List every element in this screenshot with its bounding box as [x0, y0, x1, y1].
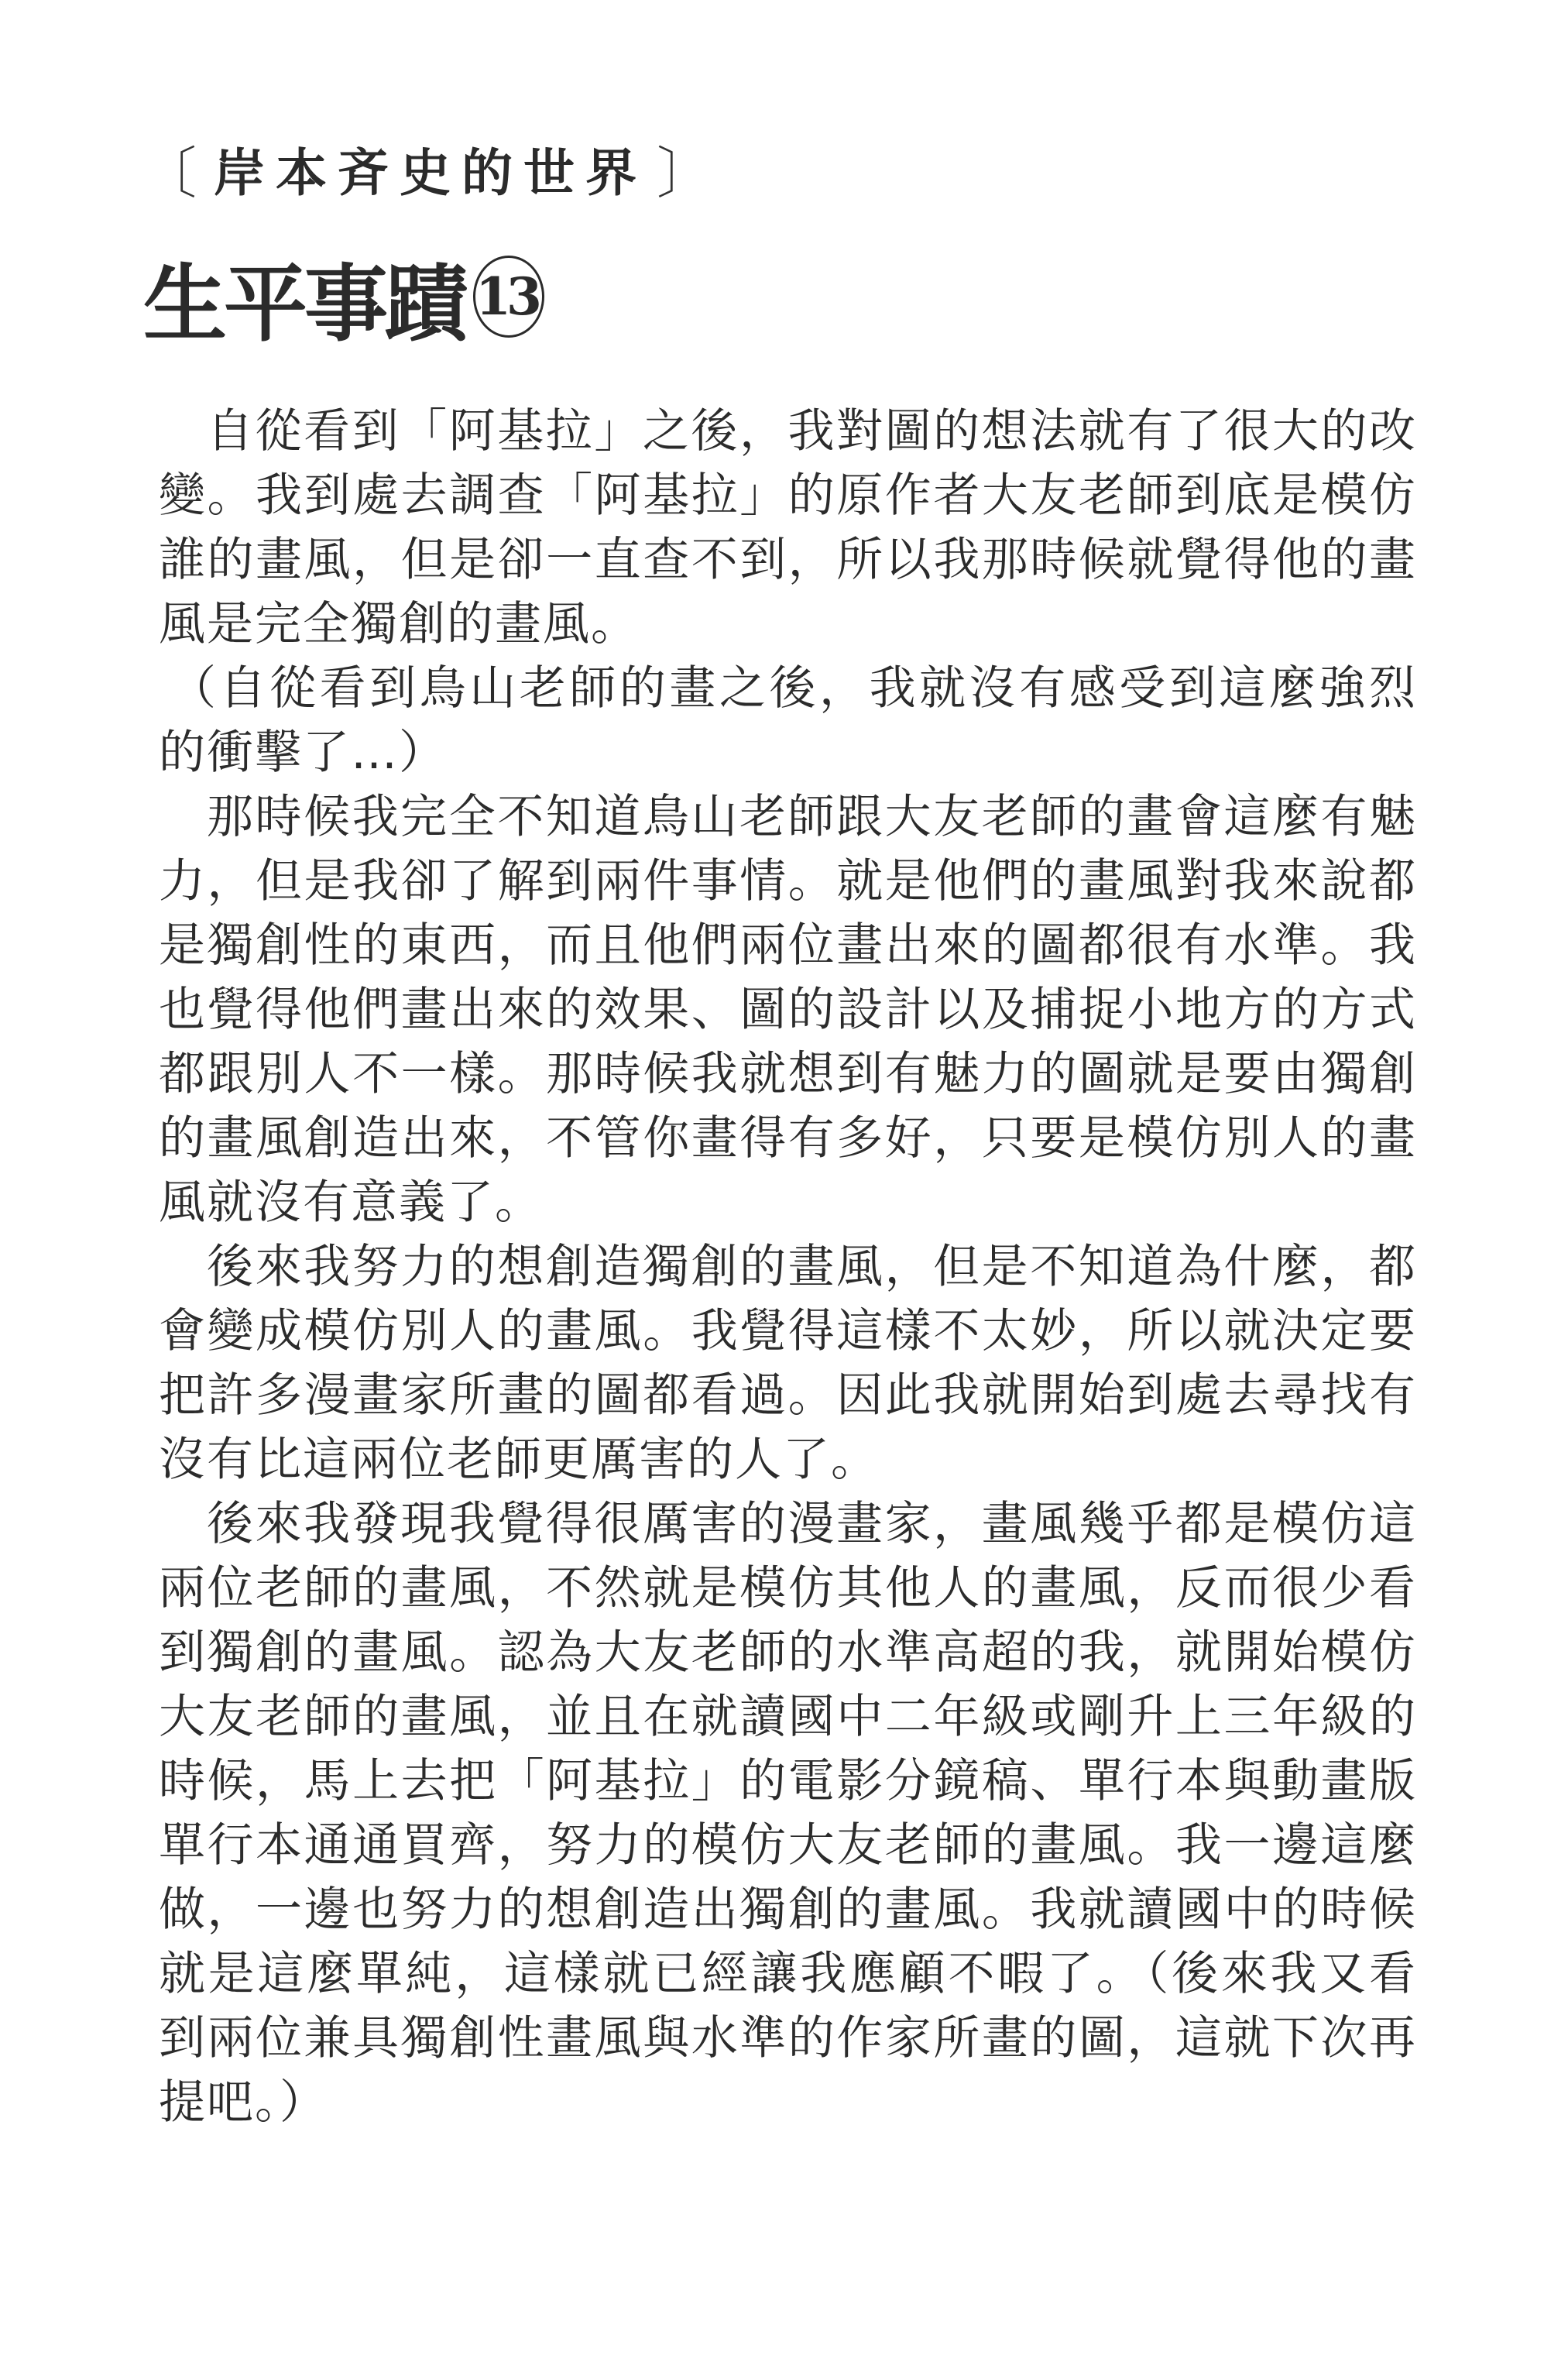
book-page: 〔 岸本斉史的世界 〕 生平事蹟 13 自從看到「阿基拉」之後，我對圖的想法就有…	[0, 0, 1568, 2379]
paragraph: 那時候我完全不知道鳥山老師跟大友老師的畫會這麼有魅力，但是我卻了解到兩件事情。就…	[159, 785, 1417, 1235]
series-label: 岸本斉史的世界	[214, 132, 647, 205]
paragraph: 後來我發現我覺得很厲害的漫畫家，畫風幾乎都是模仿這兩位老師的畫風，不然就是模仿其…	[159, 1492, 1417, 2135]
page-title: 生平事蹟 13	[143, 246, 544, 347]
paragraph: 自從看到「阿基拉」之後，我對圖的想法就有了很大的改變。我到處去調查「阿基拉」的原…	[159, 400, 1417, 657]
article-body: 自從看到「阿基拉」之後，我對圖的想法就有了很大的改變。我到處去調查「阿基拉」的原…	[159, 400, 1417, 2135]
issue-number-badge: 13	[473, 256, 544, 338]
paragraph-aside: （自從看到鳥山老師的畫之後，我就沒有感受到這麼強烈的衝擊了…）	[159, 657, 1417, 785]
right-bracket: 〕	[657, 129, 712, 209]
left-bracket: 〔	[141, 129, 197, 209]
title-text: 生平事蹟	[143, 237, 465, 357]
series-header: 〔 岸本斉史的世界 〕	[141, 132, 712, 205]
paragraph: 後來我努力的想創造獨創的畫風，但是不知道為什麼，都會變成模仿別人的畫風。我覺得這…	[159, 1235, 1417, 1492]
